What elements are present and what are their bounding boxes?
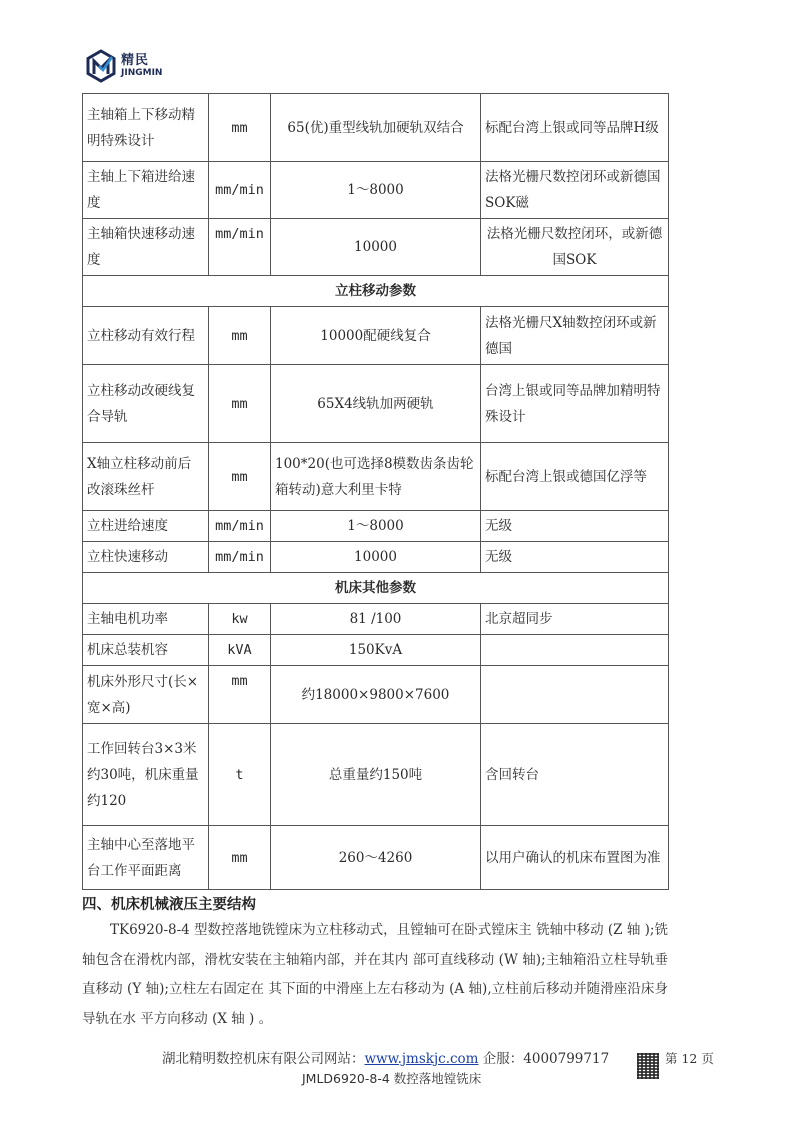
param-note: 无级: [481, 542, 669, 573]
table-row: 立柱移动有效行程 mm 10000配硬线复合 法格光栅尺X轴数控闭环或新德国: [83, 307, 669, 365]
table-row: 机床总装机容 kVA 150KvA: [83, 635, 669, 666]
param-note: 标配台湾上银或德国亿浮等: [481, 443, 669, 511]
param-name: 立柱移动改硬线复合导轨: [83, 365, 209, 443]
table-row: 立柱进给速度 mm/min 1～8000 无级: [83, 511, 669, 542]
param-unit: mm: [209, 365, 271, 443]
table-row: 工作回转台3×3米约30吨，机床重量约120 t 总重量约150吨 含回转台: [83, 724, 669, 826]
qr-code-icon: [637, 1053, 659, 1079]
param-value: 10000: [271, 219, 481, 276]
param-name: 立柱进给速度: [83, 511, 209, 542]
param-unit: kw: [209, 604, 271, 635]
param-note: 北京超同步: [481, 604, 669, 635]
website-link[interactable]: www.jmskjc.com: [365, 1051, 479, 1067]
param-unit: mm: [209, 443, 271, 511]
param-name: 主轴上下箱进给速度: [83, 162, 209, 219]
param-note: 以用户确认的机床布置图为准: [481, 826, 669, 890]
param-value: 100*20(也可选择8模数齿条齿轮箱转动)意大利里卡特: [271, 443, 481, 511]
param-note: 无级: [481, 511, 669, 542]
footer-contact: 湖北精明数控机床有限公司网站：www.jmskjc.com 企服：4000799…: [162, 1047, 609, 1067]
param-note: 含回转台: [481, 724, 669, 826]
param-name: 机床外形尺寸(长×宽×高): [83, 666, 209, 724]
param-value: 260～4260: [271, 826, 481, 890]
param-name: 工作回转台3×3米约30吨，机床重量约120: [83, 724, 209, 826]
param-name: 立柱移动有效行程: [83, 307, 209, 365]
table-row: 主轴电机功率 kw 81 /100 北京超同步: [83, 604, 669, 635]
logo-english-name: JINGMIN: [121, 69, 162, 78]
param-unit: kVA: [209, 635, 271, 666]
param-value: 总重量约150吨: [271, 724, 481, 826]
company-logo: 精民 JINGMIN: [84, 48, 184, 84]
param-name: X轴立柱移动前后改滚珠丝杆: [83, 443, 209, 511]
param-name: 主轴中心至落地平台工作平面距离: [83, 826, 209, 890]
section-row: 立柱移动参数: [83, 276, 669, 307]
param-note: 法格光栅尺X轴数控闭环或新德国: [481, 307, 669, 365]
param-value: 65X4线轨加两硬轨: [271, 365, 481, 443]
param-unit: mm/min: [209, 162, 271, 219]
param-note: 标配台湾上银或同等品牌H级: [481, 94, 669, 162]
footer-model: JMLD6920-8-4 数控落地镗铣床: [302, 1069, 481, 1087]
param-unit: t: [209, 724, 271, 826]
param-unit: mm/min: [209, 511, 271, 542]
param-value: 约18000×9800×7600: [271, 666, 481, 724]
table-row: X轴立柱移动前后改滚珠丝杆 mm 100*20(也可选择8模数齿条齿轮箱转动)意…: [83, 443, 669, 511]
param-note: 法格光栅尺数控闭环或新德国SOK磁: [481, 162, 669, 219]
param-unit: mm: [209, 666, 271, 724]
footer-service-phone: 企服：4000799717: [478, 1051, 609, 1067]
param-name: 主轴电机功率: [83, 604, 209, 635]
param-note: 台湾上银或同等品牌加精明特殊设计: [481, 365, 669, 443]
param-value: 10000: [271, 542, 481, 573]
logo-icon: [84, 49, 118, 83]
section-row: 机床其他参数: [83, 573, 669, 604]
table-row: 机床外形尺寸(长×宽×高) mm 约18000×9800×7600: [83, 666, 669, 724]
param-value: 1～8000: [271, 162, 481, 219]
param-unit: mm/min: [209, 542, 271, 573]
table-row: 主轴中心至落地平台工作平面距离 mm 260～4260 以用户确认的机床布置图为…: [83, 826, 669, 890]
spec-table: 主轴箱上下移动精明特殊设计 mm 65(优)重型线轨加硬轨双结合 标配台湾上银或…: [82, 93, 669, 890]
param-value: 65(优)重型线轨加硬轨双结合: [271, 94, 481, 162]
param-note: 法格光栅尺数控闭环，或新德国SOK: [481, 219, 669, 276]
param-value: 150KvA: [271, 635, 481, 666]
param-unit: mm: [209, 826, 271, 890]
param-note: [481, 666, 669, 724]
section-title-column: 立柱移动参数: [83, 276, 669, 307]
param-unit: mm/min: [209, 219, 271, 276]
table-row: 立柱快速移动 mm/min 10000 无级: [83, 542, 669, 573]
table-row: 主轴箱上下移动精明特殊设计 mm 65(优)重型线轨加硬轨双结合 标配台湾上银或…: [83, 94, 669, 162]
table-row: 立柱移动改硬线复合导轨 mm 65X4线轨加两硬轨 台湾上银或同等品牌加精明特殊…: [83, 365, 669, 443]
page-number: 第 12 页: [665, 1049, 714, 1067]
param-note: [481, 635, 669, 666]
section-paragraph: TK6920-8-4 型数控落地铣镗床为立柱移动式，且镗轴可在卧式镗床主 铣轴中…: [82, 916, 668, 1034]
section-heading: 四、机床机械液压主要结构: [82, 893, 256, 914]
param-unit: mm: [209, 307, 271, 365]
param-name: 机床总装机容: [83, 635, 209, 666]
param-name: 主轴箱快速移动速度: [83, 219, 209, 276]
footer-company: 湖北精明数控机床有限公司网站：: [162, 1051, 365, 1067]
param-value: 81 /100: [271, 604, 481, 635]
logo-chinese-name: 精民: [121, 54, 162, 67]
param-value: 1～8000: [271, 511, 481, 542]
param-unit: mm: [209, 94, 271, 162]
param-value: 10000配硬线复合: [271, 307, 481, 365]
section-title-other: 机床其他参数: [83, 573, 669, 604]
param-name: 立柱快速移动: [83, 542, 209, 573]
param-name: 主轴箱上下移动精明特殊设计: [83, 94, 209, 162]
table-row: 主轴上下箱进给速度 mm/min 1～8000 法格光栅尺数控闭环或新德国SOK…: [83, 162, 669, 219]
table-row: 主轴箱快速移动速度 mm/min 10000 法格光栅尺数控闭环，或新德国SOK: [83, 219, 669, 276]
